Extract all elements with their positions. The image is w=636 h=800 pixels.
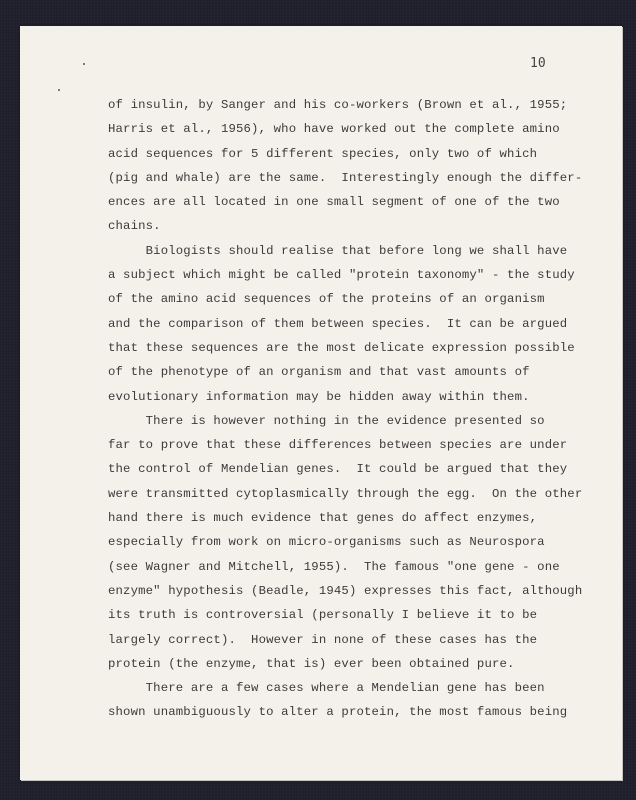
text-line: its truth is controversial (personally I… [108, 603, 608, 627]
text-line: acid sequences for 5 different species, … [108, 142, 608, 166]
text-line: (see Wagner and Mitchell, 1955). The fam… [108, 555, 608, 579]
text-line: of the phenotype of an organism and that… [108, 360, 608, 384]
text-line: and the comparison of them between speci… [108, 312, 608, 336]
text-line: enzyme" hypothesis (Beadle, 1945) expres… [108, 579, 608, 603]
text-line: a subject which might be called "protein… [108, 263, 608, 287]
text-line: There is however nothing in the evidence… [108, 409, 608, 433]
stray-mark [58, 89, 60, 91]
text-line: largely correct). However in none of the… [108, 628, 608, 652]
text-line: ences are all located in one small segme… [108, 190, 608, 214]
text-line: protein (the enzyme, that is) ever been … [108, 652, 608, 676]
typewritten-page: 10 of insulin, by Sanger and his co-work… [20, 26, 622, 780]
text-line: were transmitted cytoplasmically through… [108, 482, 608, 506]
body-text: of insulin, by Sanger and his co-workers… [108, 93, 608, 725]
stray-mark [83, 63, 85, 65]
text-line: evolutionary information may be hidden a… [108, 385, 608, 409]
text-line: of insulin, by Sanger and his co-workers… [108, 93, 608, 117]
page-number: 10 [530, 56, 546, 71]
text-line: hand there is much evidence that genes d… [108, 506, 608, 530]
text-line: (pig and whale) are the same. Interestin… [108, 166, 608, 190]
text-line: the control of Mendelian genes. It could… [108, 457, 608, 481]
text-line: Biologists should realise that before lo… [108, 239, 608, 263]
text-line: There are a few cases where a Mendelian … [108, 676, 608, 700]
text-line: of the amino acid sequences of the prote… [108, 287, 608, 311]
text-line: shown unambiguously to alter a protein, … [108, 700, 608, 724]
text-line: chains. [108, 214, 608, 238]
text-line: that these sequences are the most delica… [108, 336, 608, 360]
text-line: far to prove that these differences betw… [108, 433, 608, 457]
text-line: especially from work on micro-organisms … [108, 530, 608, 554]
text-line: Harris et al., 1956), who have worked ou… [108, 117, 608, 141]
